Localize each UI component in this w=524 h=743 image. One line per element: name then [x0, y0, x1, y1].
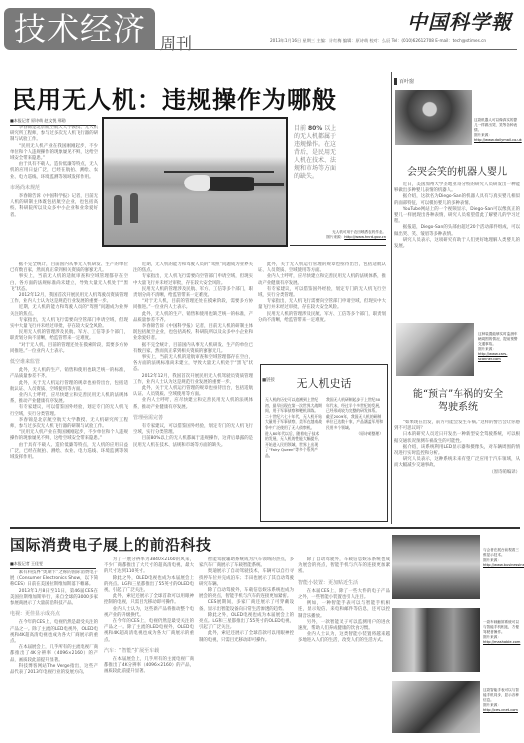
paragraph: 此外，关于无人机运行管理的规章也亟待出台，包括适航认证、人员资质、空域使用等方面… — [133, 386, 253, 398]
article-headline: 国际消费电子展上的前沿科技 — [10, 534, 212, 555]
paragraph: 业内人士呼吁，应尽快建立和完善民用无人机的法规体系，推动产业健康有序发展。 — [133, 398, 253, 410]
article-column-2: 近期，无人机的能力和驾驶人员的“驾照”问题成为业界关注的焦点。 专家指出，无人机… — [133, 262, 253, 524]
paragraph: 业内人士呼吁，应尽快建立和完善民用无人机的法规体系，推动产业健康有序发展。 — [258, 274, 386, 286]
paragraph: 除了自动驾驶外，车载信息娱乐系统也成为展会的亮点，智能手机与汽车的连接更加紧密。 — [199, 588, 294, 600]
section-divider — [10, 527, 520, 529]
paragraph: 日本的研究人员近日开发出一种新型安全驾驶系统，可以根据交通状况预测车祸发生的可能… — [394, 432, 520, 444]
paragraph: 由于具有不载人、造价低廉等特点，无人机的应用日益广泛，已经在航拍、测绘、农业、电… — [10, 443, 128, 462]
photo-caption: 一款车载触屏系统可以与智能手机相连，方便驾驶者操作。 图片来源：http://m… — [483, 620, 521, 645]
paragraph: 据介绍，这款名为Diego-San的机器人具有与真实婴儿相似的面部特征，可以模仿… — [394, 194, 520, 206]
subheading: 汽车：“智能”扩展至车载 — [104, 648, 194, 654]
paragraph: 智能驾驶辅助系统成为汽车领域的热点，多家汽车厂商展示了车载智能系统。 — [199, 557, 294, 569]
credit-link[interactable]: http://www.businessinsider.com — [483, 563, 524, 567]
paragraph: 奥迪展示了自动驾驶技术，车辆可以自行寻找停车位并完成泊车；丰田也展示了其自动驾驶… — [199, 569, 294, 588]
paragraph: 此外，索尼还展示了全球首款可以用眼神控制的电视，只需目光移动即可操作。 — [199, 631, 294, 643]
paragraph: 二十世纪六七十年代，无人机开始大量用于军事侦察，美军在越南战争中广泛使用了无人侦… — [265, 414, 322, 431]
history-box-columns: 无人机的历史可以追溯到上世纪初，最早出现在第一次世界大战期间，用于军事侦察和靶机… — [261, 391, 387, 459]
sidebar-story-body: 近日，美国加州大学圣地亚哥分校的研究人员研发出一种能够做出多种婴儿表情的机器人。… — [394, 182, 520, 318]
smartwatch-photo — [392, 681, 480, 733]
paragraph: 业内人士认为，这些新产品将推动整个电视产业的升级换代。 — [104, 607, 194, 619]
subheading: 智能小装置：更加贴近生活 — [298, 580, 390, 586]
history-box-column-1: 无人机的历史可以追溯到上世纪初，最早出现在第一次世界大战期间，用于军事侦察和靶机… — [265, 397, 322, 459]
article-headline: 民用无人机：违规操作为哪般 — [12, 80, 337, 115]
paragraph: 民用无人机的管理涉及民航、军方、工信等多个部门，职责划分尚不清晰，给监管带来一定… — [133, 287, 253, 299]
paragraph: 另外，一款智能叉子可以监测用户的进食速度，帮助人们养成健康的饮食习惯。 — [298, 620, 390, 632]
paragraph: 此外，无人机的生产、销售和使用也缺乏统一的标准，产品质量参差不齐。 — [10, 368, 128, 380]
paragraph: 除此之外，OLED电视也成为本届展会上的亮点。LG和三星都推出了55英寸的OLE… — [199, 613, 294, 632]
paragraph: 在今年的CES上，电视仍然是最受关注的产品之一。除了主流的LED电视外，OLED… — [10, 620, 98, 645]
paragraph: 除此之外，OLED电视也成为本届展会上的亮点。LG和三星都推出了55英寸的OLE… — [104, 576, 194, 595]
paragraph: 李春锦告诉《中国科学报》记者，目前无人机的研制主体既包括航空企业，也包括高校、科… — [10, 194, 98, 219]
paragraph: 我国无人机研制起步于上世纪50年代末，经过半个多世纪的发展，已经形成较为完整的研… — [326, 397, 383, 414]
caption-rule — [290, 245, 386, 246]
paragraph: 由于具有不载人、造价低廉等特点，无人机的应用日益广泛，已经在航拍、测绘、农业、电… — [10, 162, 98, 181]
article-byline: ■本报记者 王佳雯 — [10, 561, 96, 569]
sidebar-story-title: 会哭会笑的机器人婴儿 — [394, 163, 520, 178]
sidebar-story-body: “如果现在出发，前方可能会发生车祸。”这样的警告会让你感到不可思议吗？ 日本的研… — [394, 420, 520, 520]
paragraph: 进入80年代以后，随着电子技术的发展，无人机的性能大幅提升，开始进入民用领域，世… — [265, 431, 322, 459]
paragraph: 研究人员表示，这项研究有助于人们更好地理解人类婴儿的发展。 — [394, 238, 520, 250]
traffic-road-photo — [396, 323, 474, 376]
paragraph: 2012年12月，我国首次开展民用无人机驾驶员资质管理工作，业内人士认为这是规范… — [10, 293, 128, 305]
section-title-tab: 技术经济 — [4, 8, 155, 50]
sidebar-story-title: 能“预言”车祸的安全驾驶系统 — [408, 388, 508, 414]
paragraph: 无人机的历史可以追溯到上世纪初，最早出现在第一次世界大战期间，用于军事侦察和靶机… — [265, 397, 322, 414]
paragraph: 有专家建议，可以借鉴国外经验，划定专门的无人机飞行空域，实行分类管理。 — [133, 424, 253, 436]
article-column-1-top: 李春锦是北京航空航天大学教授、无人机研究所工程师，参与过多次无人机飞行器的研制与… — [10, 125, 98, 255]
photo-caption: 这款智能手表可以与智能手机同步，显示各种信息。 图片来源：http://ces.… — [483, 688, 521, 713]
paragraph: “如果现在出发，前方可能会发生车祸。”这样的警告会让你感到不可思议吗？ — [394, 420, 520, 432]
paragraph: 李春锦告诉《中国科学报》记者，目前无人机的研制主体既包括航空企业，也包括高校、科… — [133, 324, 253, 343]
sidebar-section-tag: 百叶窗 — [394, 78, 414, 85]
history-box-title: 无人机史话 — [261, 375, 387, 391]
caption-text: 这种装置能够实时监测车辆周围的情况，提前预警交通事故。 — [478, 332, 520, 347]
masthead-divider — [155, 49, 517, 50]
credit-link[interactable]: http://mashable.com — [483, 640, 520, 644]
paragraph: 民用无人机的管理涉及民航、军方、工信等多个部门，职责划分尚不清晰，给监管带来一定… — [10, 330, 128, 342]
paragraph: 专家指出，无人机飞行需要向空管部门申请空域，但现实中大量飞行并未经过审批，存在较… — [258, 299, 386, 311]
paragraph: 除了自动驾驶外，车载信息娱乐系统也成为展会的亮点，智能手机与汽车的连接更加紧密。 — [298, 557, 390, 576]
subheading: 市场尚未规范 — [10, 185, 98, 191]
person-figure — [114, 195, 122, 225]
paragraph: CES展期间，多家厂商还展示了可穿戴设备，显示出智能设备向日常生活渗透的趋势。 — [199, 600, 294, 612]
paragraph: 据介绍，该系统利用LED显示器和摄像头，对车辆周围的情况进行实时监控和分析。 — [394, 445, 520, 457]
car-dashboard-photo — [392, 608, 480, 672]
paragraph: 据不完全统计，目前国内从事无人机研发、生产的单位已有数百家，然而真正拿到相关资质… — [10, 262, 128, 274]
pull-quote: 目前 80% 以上的无人机都属于违规操作。在这背后，是民用无人机在技术、法规和市… — [294, 125, 340, 181]
paragraph: 近期，无人机的能力和驾驶人员的“驾照”问题成为业界关注的焦点。 — [133, 262, 253, 274]
caption-text: 这款智能手表可以与智能手机同步，显示各种信息。 — [483, 688, 521, 703]
3d-display-photo — [392, 535, 480, 599]
credit-label: 图片来源： — [326, 235, 344, 239]
pull-quote-text: 以上的无人机都属于违规操作。在这背后，是民用无人机在技术、法规和市场等方面的缺失… — [294, 125, 336, 180]
column-divider — [391, 72, 392, 524]
pull-quote-number: 80% — [308, 125, 322, 132]
paragraph: 在本届展会上，几乎所有的主流电视厂商都推出了4K分辨率（4096×2160）的产… — [10, 645, 98, 664]
person-figure — [130, 193, 138, 223]
paragraph: 事实上，当前无人机的适航审查和空域管理都存在空白，各方面的法规标准尚未建立，导致… — [10, 274, 128, 293]
paragraph: 李春锦是北京航空航天大学教授、无人机研究所工程师，参与过多次无人机飞行器的研制与… — [10, 418, 128, 430]
paragraph: 据不完全统计，目前国内从事无人机研发、生产的单位已有数百家，然而真正拿到相关资质… — [133, 343, 253, 355]
photo-caption: 与会者在展台前观看三维显示技术。 图片来源：http://www.busines… — [483, 548, 521, 568]
paragraph: “民用无人机产业在我国刚刚起步，不少单位和个人违规操作的现象屡见不鲜，这给空域安… — [10, 430, 128, 442]
drone-helicopter-photo — [102, 117, 288, 247]
article2-column-1: 素有科技界“奥斯卡”之称的国际消费电子展（Consumer Electronic… — [10, 570, 98, 740]
credit-link[interactable]: http://www.hnrd.gov.cn — [344, 235, 386, 239]
paragraph: 李春锦是北京航空航天大学教授、无人机研究所工程师，参与过多次无人机飞行器的研制与… — [10, 125, 98, 144]
credit-link[interactable]: http://ces.cnet.com — [483, 708, 518, 712]
paragraph: 此外，索尼还展示了全球首款可以用眼神控制的电视，只需目光移动即可操作。 — [104, 594, 194, 606]
paragraph: 此外，无人机的生产、销售和使用也缺乏统一的标准，产品质量参差不齐。 — [133, 312, 253, 324]
article2-column-4: 除了自动驾驶外，车载信息娱乐系统也成为展会的亮点，智能手机与汽车的连接更加紧密。… — [298, 557, 390, 740]
paragraph: 此外，关于无人机运行管理的规章也亟待出台，包括适航认证、人员资质、空域使用等方面… — [10, 381, 128, 393]
paragraph: 在今年的CES上，电视仍然是最受关注的产品之一。除了主流的LED电视外，OLED… — [104, 619, 194, 644]
credit-label: 图片来源： — [483, 558, 501, 562]
helicopter-tail-shape — [254, 183, 284, 186]
subheading: 电视：更佳显示成亮点 — [10, 611, 98, 617]
credit-label: 图片来源： — [474, 133, 492, 137]
article-column-3: 此外，关于无人机运行管理的规章也亟待出台，包括适航认证、人员资质、空域使用等方面… — [258, 262, 386, 360]
history-box-column-2: 我国无人机研制起步于上世纪50年代末，经过半个多世纪的发展，已经形成较为完整的研… — [326, 397, 383, 459]
paragraph: “对于无人机，目前的管理还处在摸索阶段，需要多方协同推进。”一位业内人士表示。 — [133, 299, 253, 311]
paragraph: “民用无人机产业在我国刚刚起步，不少单位和个人违规操作的现象屡见不鲜，这给空域安… — [10, 144, 98, 163]
paragraph: 2013年1月8日至11日，第46届CES在美国拉斯维加斯举行，来自全球的300… — [10, 589, 98, 608]
caption-text: 一款车载触屏系统可以与智能手机相连，方便驾驶者操作。 — [483, 620, 521, 635]
newspaper-logo: 中国科学報 — [407, 6, 512, 35]
history-sidebar-box: 无人机史话 无人机的历史可以追溯到上世纪初，最早出现在第一次世界大战期间，用于军… — [260, 364, 388, 522]
credit-label: 图片来源： — [483, 635, 501, 639]
paragraph: 为了一展分辨率为3840×2160的风采，不少厂商都推出了大尺寸的超高清电视，最… — [104, 557, 194, 576]
paragraph: 据报道，Diego-San的头部由超过20个活动部件组成，可以做出哭、笑、皱眉等… — [394, 225, 520, 237]
caption-text: 这款机器人可以像真实的婴儿一样做出哭、笑等各种表情。 — [474, 118, 520, 133]
paragraph: 有专家建议，可以借鉴国外经验，划定专门的无人机飞行空域，实行分类管理。 — [258, 287, 386, 299]
paragraph: 业内人士呼吁，应尽快建立和完善民用无人机的法规体系，推动产业健康有序发展。 — [10, 393, 128, 405]
paragraph: 近期，无人机的能力和驾驶人员的“驾照”问题成为业界关注的焦点。 — [10, 305, 128, 317]
photo-caption: 这种装置能够实时监测车辆周围的情况，提前预警交通事故。 图片来源：http://… — [478, 332, 520, 362]
credit-link[interactable]: http://www.cars-scanner.com — [478, 352, 507, 361]
section-suffix: 周刊 — [160, 31, 192, 54]
paragraph: 业内人士认为，这类智能小装置将越来越多地进入人们的生活，改变人们的生活方式。 — [298, 632, 390, 644]
robot-baby-photo — [395, 90, 472, 145]
issue-info-line: 2013年1月16日 星期三 主编：计红梅 编辑：原诗萌 校对：么辰 Tel：(… — [270, 38, 486, 44]
paragraph: 事实上，当前无人机的适航审查和空域管理都存在空白，各方面的法规标准尚未建立，导致… — [133, 355, 253, 374]
link-tag: ■链接 — [262, 377, 275, 383]
paragraph: 专家指出，无人机飞行需要向空管部门申请空域，但现实中大量飞行并未经过审批，存在较… — [133, 274, 253, 286]
source-note: （原诗萌编译） — [394, 470, 520, 476]
article-column-1: 据不完全统计，目前国内从事无人机研发、生产的单位已有数百家，然而真正拿到相关资质… — [10, 262, 128, 524]
paragraph: 民用无人机的管理涉及民航、军方、工信等多个部门，职责划分尚不清晰，给监管带来一定… — [258, 312, 386, 324]
paragraph: 在本届CES上，除了一些大件的电子产品之外，一些智能小装置也引人注目。 — [298, 589, 390, 601]
subheading: 低空谁来监管 — [10, 359, 128, 365]
paragraph: 有专家建议，可以借鉴国外经验，划定专门的无人机飞行空域，实行分类管理。 — [10, 405, 128, 417]
article2-column-3: 智能驾驶辅助系统成为汽车领域的热点，多家汽车厂商展示了车载智能系统。 奥迪展示了… — [199, 557, 294, 740]
photo-caption: 无人机可用于农田喷洒农药作业。 图片来源：http://www.hnrd.gov… — [294, 230, 386, 240]
paragraph: 此外，关于无人机运行管理的规章也亟待出台，包括适航认证、人员资质、空域使用等方面… — [258, 262, 386, 274]
paragraph: 科技博客网站The Verge指出，这些产品代表了2013年电视行业的发展方向。 — [10, 664, 98, 676]
rotor-shape — [164, 171, 274, 173]
credit-label: 图片来源： — [478, 347, 496, 351]
paragraph: 近日，美国加州大学圣地亚哥分校的研究人员研发出一种能够做出多种婴儿表情的机器人。 — [394, 182, 520, 194]
paragraph: 截至2009年，我国无人机的研制单位已达数十家，产品涵盖军用和民用多个领域。 — [326, 414, 383, 431]
pull-quote-prefix: 目前 — [294, 125, 306, 132]
photo-caption: 这款机器人可以像真实的婴儿一样做出哭、笑等各种表情。 图片来源：http://w… — [474, 118, 520, 143]
subheading: 管理亟需完善 — [133, 415, 253, 421]
paragraph: 在本届展会上，几乎所有的主流电视厂商都推出了4K分辨率（4096×2160）的产… — [104, 657, 194, 676]
caption-text: 与会者在展台前观看三维显示技术。 — [483, 548, 521, 558]
paragraph: 例如，一种智能手表可以与智能手机相连，显示短信、来电和邮件等信息，还可以控制音乐… — [298, 601, 390, 620]
paragraph: YouTube网站上的一个视频显示，Diego-San可以像真正的婴儿一样展现出… — [394, 207, 520, 226]
paragraph: 素有科技界“奥斯卡”之称的国际消费电子展（Consumer Electronic… — [10, 570, 98, 589]
paragraph: “对于无人机，目前的管理还处在摸索阶段，需要多方协同推进。”一位业内人士表示。 — [10, 343, 128, 355]
credit-label: 图片来源： — [483, 703, 501, 707]
source-note: （原诗萌整理） — [326, 431, 383, 437]
helicopter-cabin-shape — [184, 175, 210, 191]
article2-column-2: 为了一展分辨率为3840×2160的风采，不少厂商都推出了大尺寸的超高清电视，最… — [104, 557, 194, 740]
credit-link[interactable]: http://www.dailymail.co.uk — [474, 138, 522, 142]
paragraph: 目前80%以上的无人机都属于违规操作，这背后暴露的是民用无人机在技术、法规和市场… — [133, 436, 253, 448]
paragraph: 2012年12月，我国首次开展民用无人机驾驶员资质管理工作，业内人士认为这是规范… — [133, 374, 253, 386]
paragraph: 专家指出，无人机飞行需要向空管部门申请空域，但现实中大量飞行并未经过审批，存在较… — [10, 318, 128, 330]
paragraph: 研究人员表示，这种系统未来有望广泛应用于汽车领域，从而大幅减少交通事故。 — [394, 457, 520, 469]
